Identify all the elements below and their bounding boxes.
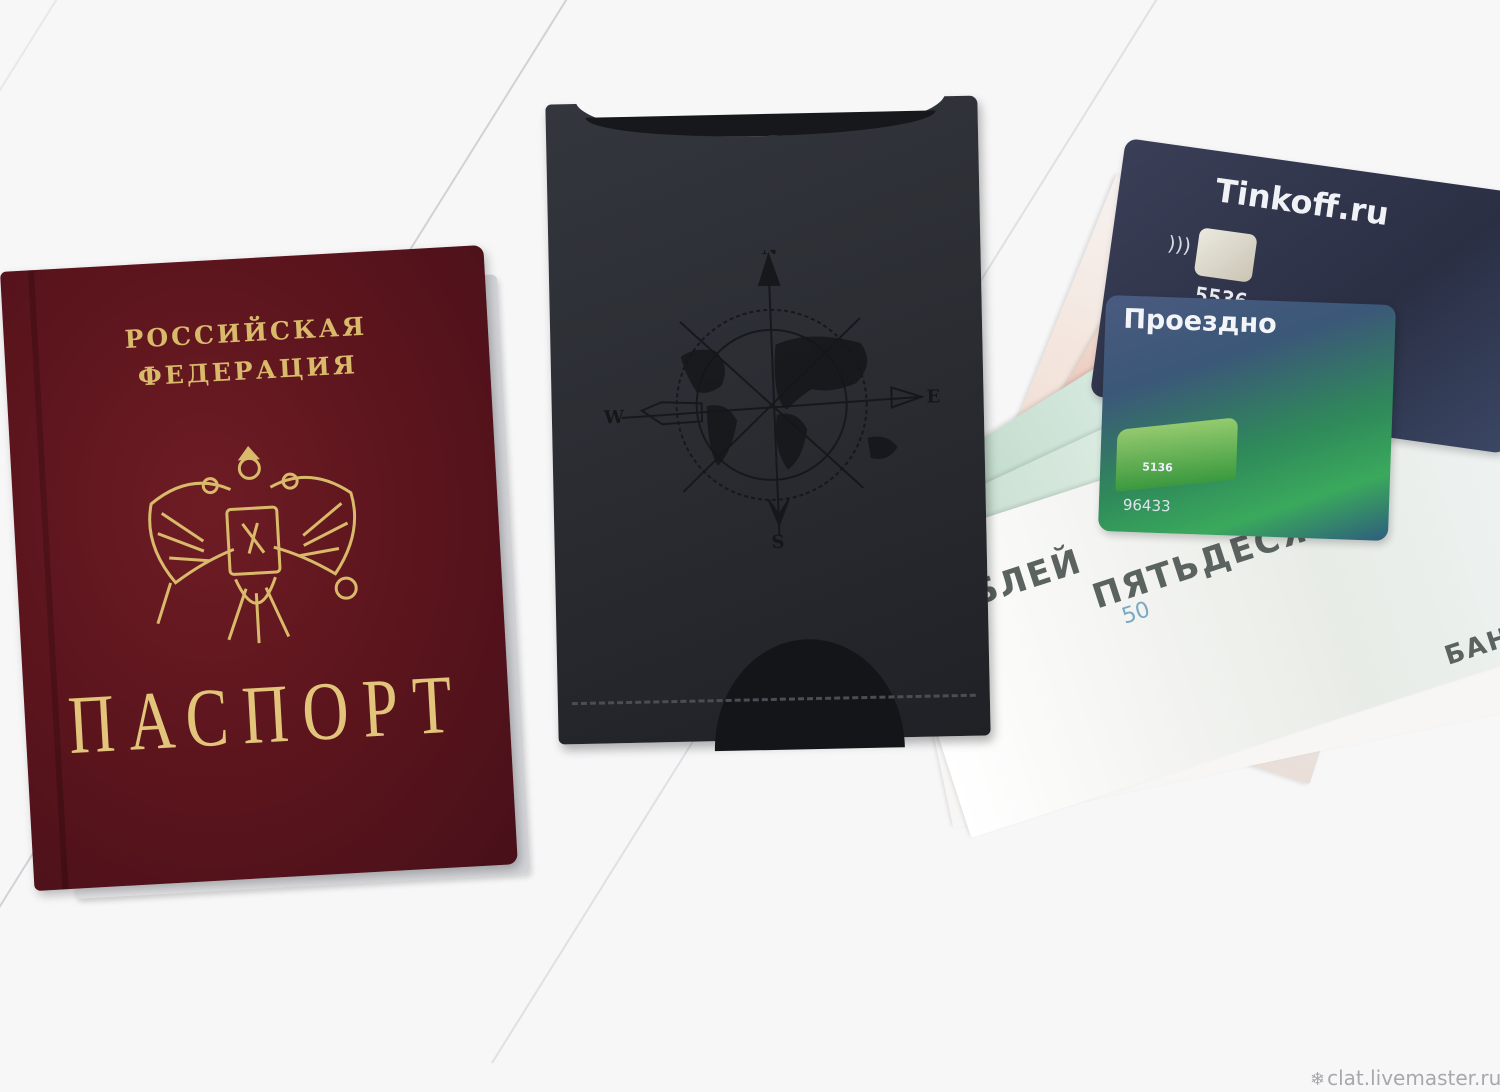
contactless-icon: ))) xyxy=(1166,231,1193,258)
passport-spine xyxy=(28,270,69,889)
passport-cover: РОССИЙСКАЯ ФЕДЕРАЦИЯ ПАСПОРТ xyxy=(0,245,518,891)
tram-icon xyxy=(1115,417,1238,492)
compass-engraving-icon: N S E W xyxy=(598,246,944,553)
board-seam xyxy=(0,0,82,300)
snowflake-icon: ❄ xyxy=(1310,1069,1325,1090)
bank-card-brand: Tinkoff.ru xyxy=(1213,171,1391,233)
leather-passport-cover: N S E W xyxy=(545,96,990,745)
watermark-text: clat.livemaster.ru xyxy=(1327,1066,1500,1090)
tram-number: 5136 xyxy=(1142,460,1173,474)
transit-card-title: Проездно xyxy=(1123,304,1277,340)
double-headed-eagle-icon xyxy=(127,422,379,665)
transit-card: Проездно 5136 96433 xyxy=(1098,295,1396,541)
passport: РОССИЙСКАЯ ФЕДЕРАЦИЯ ПАСПОРТ xyxy=(0,245,527,911)
compass-west-label: W xyxy=(603,407,625,428)
watermark: ❄clat.livemaster.ru xyxy=(1310,1066,1500,1090)
passport-word: ПАСПОРТ xyxy=(23,653,512,776)
transit-card-serial: 96433 xyxy=(1123,496,1171,516)
chip-icon xyxy=(1194,227,1258,283)
compass-east-label: E xyxy=(926,386,940,407)
banknote-label: БАНКА xyxy=(1441,608,1500,671)
